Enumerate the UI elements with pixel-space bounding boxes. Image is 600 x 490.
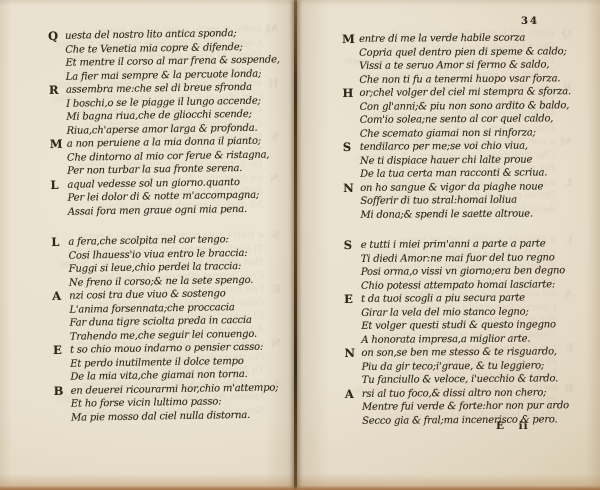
verse-text: on son,se ben me stesso & te risguardo, [361,346,556,359]
verse-text: Vissi a te seruo Amor si fermo & saldo, [359,59,549,71]
verse-text: I boschi,o se le piagge il lungo accende… [66,95,261,109]
verse-text: Che te Venetia mia copre & difende; [65,41,243,55]
verse-text: Mi bagna riua,che de gliocchi scende; [66,109,252,123]
verse-text: A honorata impresa,a miglior arte. [361,333,530,345]
verse-text: tendilarco per me;se voi chio viua, [360,141,528,153]
verse-text: Far duna tigre sciolta preda in caccia [70,315,252,329]
verse-text: Chio potessi attempato homai lasciarte: [361,279,555,292]
stanza-initial: L [51,236,59,250]
poem-line: Ma pie mosso dal ciel nulla distorna. [54,408,296,425]
verse-text: Copria quel dentro pien di speme & caldo… [359,46,567,59]
verse-text: or;chel volger del ciel mi stempra & sfo… [359,86,571,99]
verse-text: assembra me:che sel di breue sfronda [66,82,252,96]
verse-text: on ho sangue & vigor da piaghe noue [360,181,543,193]
verse-text: Sofferir di tuo stral:homai loliua [360,195,517,207]
stanza-initial: M [342,33,355,47]
verse-text: Trahendo me,che seguir lei conuengo. [70,328,257,342]
left-page: Mentre di me la verde habile scorzaCopri… [0,0,295,490]
verse-text: Che non ti fu a tenermi huopo vsar forza… [359,73,560,86]
verse-text: Tu fanciullo & veloce, i'uecchio & tardo… [362,373,558,386]
verse-text: a fera,che scolpita nel cor tengo: [68,234,228,248]
verse-text: Com'io solea;ne sento al cor quel caldo, [360,113,554,126]
verse-text: e tutti i miei prim'anni a parte a parte [361,238,546,250]
stanza-initial: M [50,138,63,152]
verse-text: Assai fora men graue ogni mia pena. [68,203,247,217]
verse-text: Fuggi si leue,chio perdei la traccia: [69,261,242,275]
poem-right-page: Mentre di me la verde habile scorzaCopri… [342,31,583,428]
poem-left-page: Questa del nostro lito antica sponda;Che… [48,26,296,425]
book-gutter [294,0,297,490]
verse-text: L'anima forsennata;che proccacia [69,302,234,316]
stanza: Questa del nostro lito antica sponda;Che… [48,26,293,219]
stanza-initial: Q [48,30,58,44]
stanza-initial: S [343,141,351,155]
poem-line: Assai fora men graue ogni mia pena. [51,202,293,219]
verse-text: Posi orma,o vissi vn giorno;era ben degn… [361,265,565,278]
stanza-initial: L [50,178,58,192]
stanza-initial: N [343,181,354,195]
stanza: La fera,che scolpita nel cor tengo:Cosi … [51,232,296,425]
verse-text: Ma pie mosso dal ciel nulla distorna. [71,409,250,423]
verse-text: Piu da gir teco;i'graue, & tu leggiero; [362,360,545,372]
stanza-initial: H [342,87,353,101]
verse-text: Girar la vela del mio stanco legno; [361,306,529,318]
verse-text: Et ho forse vicin lultimo passo: [71,396,222,409]
stanza-initial: E [344,293,353,307]
page-edge-shadow [0,486,600,490]
verse-text: Riua,ch'aperse amor larga & profonda. [66,122,257,136]
verse-text: De la mia vita,che giamai non torna. [70,369,247,383]
stanza-initial: N [344,347,355,361]
verse-text: nzi cosi tra due viuo & sostengo [69,288,226,301]
verse-text: t so chio mouo indarno o pensier casso: [70,342,263,356]
verse-text: uesta del nostro lito antica sponda; [65,28,237,42]
poem-line: Secco gia & fral;ma incenerisco & pero. [345,413,583,428]
stanza-initial: S [344,239,352,253]
verse-text: Et volger questi studi & questo ingegno [361,319,556,332]
verse-text: entre di me la verde habile scorza [359,33,525,45]
verse-text: Ne ti dispiace hauer chi lalte proue [360,154,532,166]
stanza: Mentre di me la verde habile scorzaCopri… [342,31,581,222]
verse-text: a non peruiene a la mia donna il pianto; [67,136,261,150]
verse-text: Per non turbar la sua fronte serena. [67,163,242,177]
signature-mark: E ii [496,420,529,432]
verse-text: Per lei dolor di & notte m'accompagna; [68,190,260,204]
verse-text: Mi dona;& spendi le saette altroue. [360,208,533,220]
verse-text: Con gl'anni;& piu non sono ardito & bald… [360,100,570,113]
stanza-initial: A [52,290,61,304]
verse-text: Ne freno il corso;& ne la sete spengo. [69,274,253,288]
verse-text: Ti diedi Amor:ne mai fuor del tuo regno [361,252,555,265]
stanza-initial: E [53,344,62,358]
verse-text: Che scemato giamai non si rinforza; [360,127,536,139]
page-number: 34 [521,16,539,27]
stanza: Se tutti i miei prim'anni a parte a part… [344,237,583,428]
right-page: Questa del nostro lito antica sponda;Che… [295,0,600,490]
stanza-initial: R [49,84,59,98]
book-spread: Mentre di me la verde habile scorzaCopri… [0,0,600,490]
verse-text: De la tua certa man racconti & scriua. [360,167,547,179]
verse-text: Mentre fui verde & forte:hor non pur ard… [362,400,569,413]
stanza-initial: A [345,387,354,401]
verse-text: Cosi lhauess'io viua entro le braccia: [68,247,247,261]
stanza-initial: B [54,384,64,398]
verse-text: t da tuoi scogli a piu secura parte [361,293,525,305]
poem-line: Mi dona;& spendi le saette altroue. [343,207,581,222]
verse-text: aqual vedesse sol un giorno.quanto [67,177,239,191]
verse-text: rsi al tuo foco,& dissi altro non chero; [362,387,547,399]
verse-text: Et perdo inutilmente il dolce tempo [70,355,244,369]
